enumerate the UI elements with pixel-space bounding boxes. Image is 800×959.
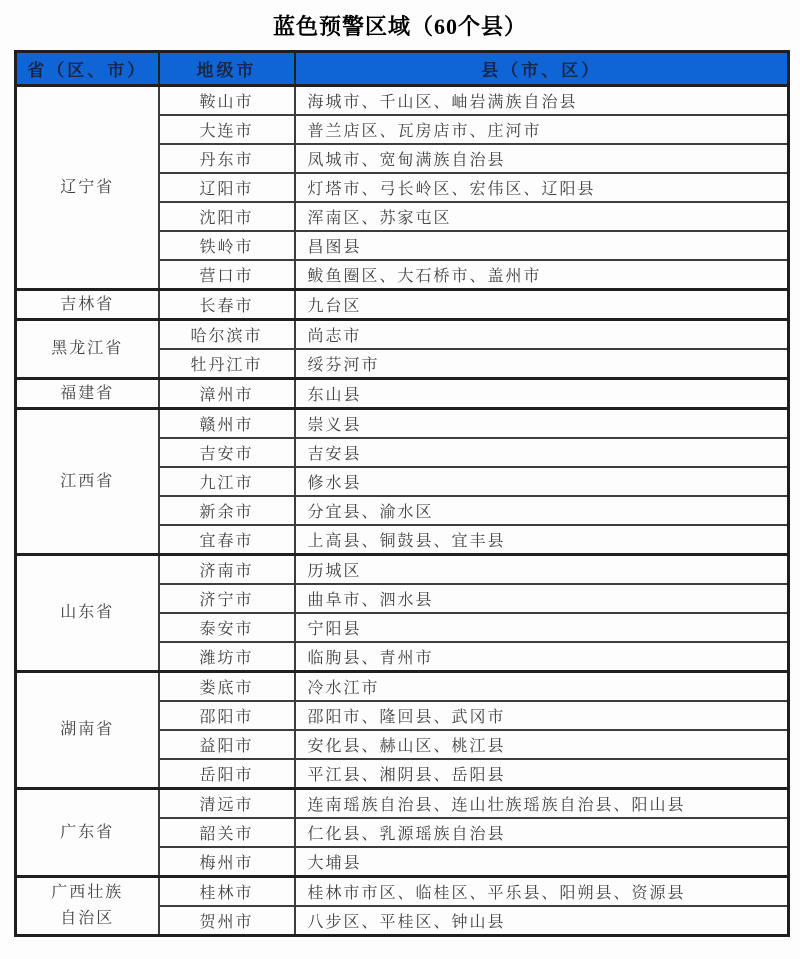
city-cell: 吉安市 xyxy=(159,438,295,467)
city-cell: 哈尔滨市 xyxy=(159,320,295,350)
city-cell: 丹东市 xyxy=(159,144,295,173)
city-cell: 宜春市 xyxy=(159,525,295,555)
col-header-county: 县（市、区） xyxy=(295,52,789,86)
city-cell: 辽阳市 xyxy=(159,173,295,202)
county-cell: 浑南区、苏家屯区 xyxy=(295,202,789,231)
province-cell: 黑龙江省 xyxy=(16,320,159,379)
city-cell: 邵阳市 xyxy=(159,701,295,730)
table-row: 湖南省娄底市冷水江市 xyxy=(16,672,789,702)
page: 蓝色预警区域（60个县） 省（区、市） 地级市 县（市、区） 辽宁省鞍山市海城市… xyxy=(0,0,800,959)
county-cell: 绥芬河市 xyxy=(295,349,789,379)
city-cell: 鞍山市 xyxy=(159,86,295,116)
county-cell: 宁阳县 xyxy=(295,613,789,642)
county-cell: 大埔县 xyxy=(295,847,789,877)
county-cell: 灯塔市、弓长岭区、宏伟区、辽阳县 xyxy=(295,173,789,202)
city-cell: 营口市 xyxy=(159,260,295,290)
county-cell: 临朐县、青州市 xyxy=(295,642,789,672)
province-cell: 福建省 xyxy=(16,379,159,409)
county-cell: 昌图县 xyxy=(295,231,789,260)
county-cell: 普兰店区、瓦房店市、庄河市 xyxy=(295,115,789,144)
table-row: 黑龙江省哈尔滨市尚志市 xyxy=(16,320,789,350)
city-cell: 梅州市 xyxy=(159,847,295,877)
city-cell: 韶关市 xyxy=(159,818,295,847)
table-row: 广西壮族 自治区桂林市桂林市市区、临桂区、平乐县、阳朔县、资源县 xyxy=(16,877,789,907)
province-cell: 吉林省 xyxy=(16,290,159,320)
county-cell: 分宜县、渝水区 xyxy=(295,496,789,525)
table-row: 江西省赣州市崇义县 xyxy=(16,409,789,439)
city-cell: 大连市 xyxy=(159,115,295,144)
table-row: 辽宁省鞍山市海城市、千山区、岫岩满族自治县 xyxy=(16,86,789,116)
province-cell: 广西壮族 自治区 xyxy=(16,877,159,936)
county-cell: 尚志市 xyxy=(295,320,789,350)
county-cell: 八步区、平桂区、钟山县 xyxy=(295,906,789,936)
county-cell: 历城区 xyxy=(295,555,789,585)
blue-warning-table: 省（区、市） 地级市 县（市、区） 辽宁省鞍山市海城市、千山区、岫岩满族自治县大… xyxy=(14,50,790,937)
province-cell: 广东省 xyxy=(16,789,159,877)
province-cell: 江西省 xyxy=(16,409,159,555)
col-header-province: 省（区、市） xyxy=(16,52,159,86)
city-cell: 益阳市 xyxy=(159,730,295,759)
county-cell: 九台区 xyxy=(295,290,789,320)
city-cell: 沈阳市 xyxy=(159,202,295,231)
city-cell: 娄底市 xyxy=(159,672,295,702)
city-cell: 九江市 xyxy=(159,467,295,496)
county-cell: 修水县 xyxy=(295,467,789,496)
county-cell: 鲅鱼圈区、大石桥市、盖州市 xyxy=(295,260,789,290)
city-cell: 漳州市 xyxy=(159,379,295,409)
city-cell: 新余市 xyxy=(159,496,295,525)
table-row: 吉林省长春市九台区 xyxy=(16,290,789,320)
table-row: 福建省漳州市东山县 xyxy=(16,379,789,409)
city-cell: 长春市 xyxy=(159,290,295,320)
city-cell: 牡丹江市 xyxy=(159,349,295,379)
table-body: 辽宁省鞍山市海城市、千山区、岫岩满族自治县大连市普兰店区、瓦房店市、庄河市丹东市… xyxy=(16,86,789,936)
city-cell: 清远市 xyxy=(159,789,295,819)
county-cell: 上高县、铜鼓县、宜丰县 xyxy=(295,525,789,555)
county-cell: 曲阜市、泗水县 xyxy=(295,584,789,613)
city-cell: 贺州市 xyxy=(159,906,295,936)
province-cell: 山东省 xyxy=(16,555,159,672)
city-cell: 铁岭市 xyxy=(159,231,295,260)
table-row: 广东省清远市连南瑶族自治县、连山壮族瑶族自治县、阳山县 xyxy=(16,789,789,819)
county-cell: 凤城市、宽甸满族自治县 xyxy=(295,144,789,173)
county-cell: 桂林市市区、临桂区、平乐县、阳朔县、资源县 xyxy=(295,877,789,907)
county-cell: 吉安县 xyxy=(295,438,789,467)
city-cell: 赣州市 xyxy=(159,409,295,439)
province-cell: 湖南省 xyxy=(16,672,159,789)
county-cell: 冷水江市 xyxy=(295,672,789,702)
col-header-city: 地级市 xyxy=(159,52,295,86)
county-cell: 仁化县、乳源瑶族自治县 xyxy=(295,818,789,847)
county-cell: 安化县、赫山区、桃江县 xyxy=(295,730,789,759)
county-cell: 海城市、千山区、岫岩满族自治县 xyxy=(295,86,789,116)
county-cell: 东山县 xyxy=(295,379,789,409)
city-cell: 潍坊市 xyxy=(159,642,295,672)
header-row: 省（区、市） 地级市 县（市、区） xyxy=(16,52,789,86)
county-cell: 崇义县 xyxy=(295,409,789,439)
city-cell: 济南市 xyxy=(159,555,295,585)
city-cell: 泰安市 xyxy=(159,613,295,642)
county-cell: 邵阳市、隆回县、武冈市 xyxy=(295,701,789,730)
city-cell: 桂林市 xyxy=(159,877,295,907)
table-row: 山东省济南市历城区 xyxy=(16,555,789,585)
county-cell: 连南瑶族自治县、连山壮族瑶族自治县、阳山县 xyxy=(295,789,789,819)
province-cell: 辽宁省 xyxy=(16,86,159,290)
page-title: 蓝色预警区域（60个县） xyxy=(0,0,800,50)
city-cell: 岳阳市 xyxy=(159,759,295,789)
county-cell: 平江县、湘阴县、岳阳县 xyxy=(295,759,789,789)
city-cell: 济宁市 xyxy=(159,584,295,613)
